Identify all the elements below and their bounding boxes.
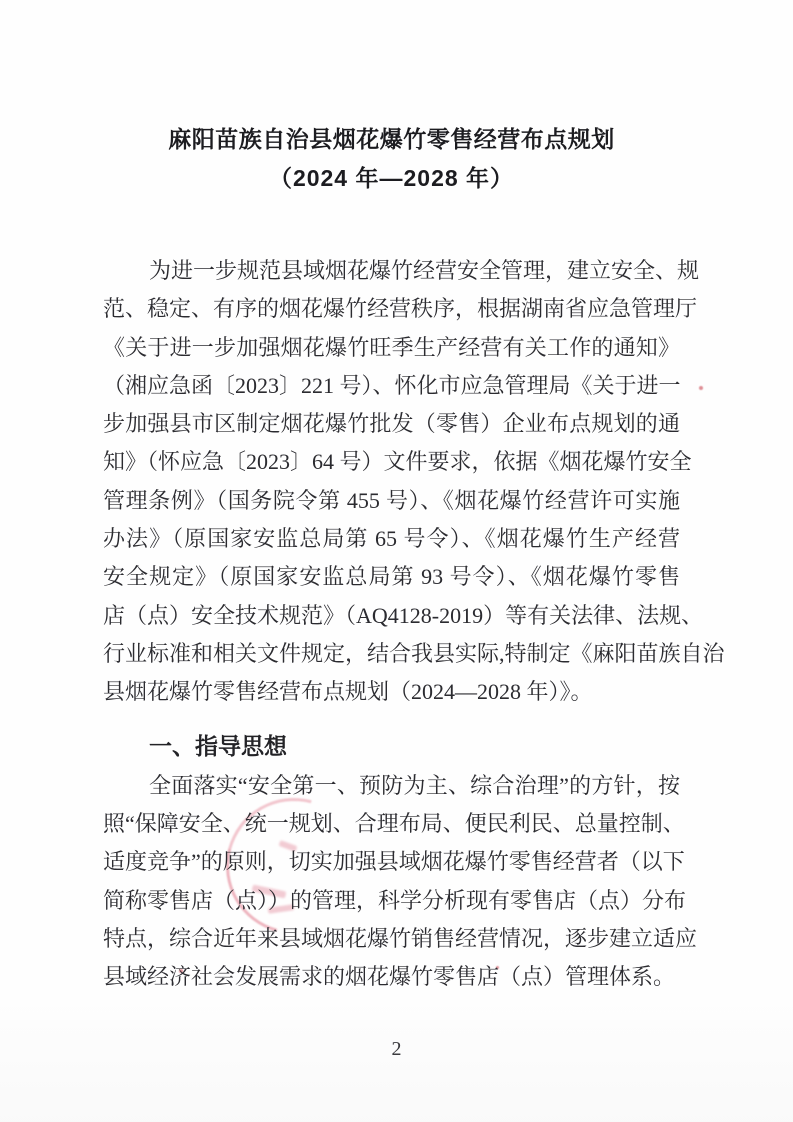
intro-line: 办法》（原国家安监总局第 65 号令）、《烟花爆竹生产经营	[103, 520, 680, 558]
section1-line: 县域经济社会发展需求的烟花爆竹零售店（点）管理体系。	[103, 958, 680, 996]
section1-line: 简称零售店（点））的管理，科学分析现有零售店（点）分布	[103, 882, 680, 920]
intro-line: 安全规定》（原国家安监总局第 93 号令）、《烟花爆竹零售	[103, 558, 680, 596]
section1-line: 照“保障安全、统一规划、合理布局、便民利民、总量控制、	[103, 805, 680, 843]
section1-line: 全面落实“安全第一、预防为主、综合治理”的方针，按	[103, 767, 680, 805]
intro-line: 店（点）安全技术规范》（AQ4128-2019）等有关法律、法规、	[103, 597, 680, 635]
document-page: 麻阳苗族自治县烟花爆竹零售经营布点规划 （2024 年—2028 年） 为进一步…	[0, 0, 793, 1122]
document-title-line2: （2024 年—2028 年）	[103, 158, 680, 198]
document-title-line1: 麻阳苗族自治县烟花爆竹零售经营布点规划	[103, 121, 680, 158]
intro-line: 行业标准和相关文件规定，结合我县实际,特制定《麻阳苗族自治	[103, 635, 680, 673]
intro-line: 步加强县市区制定烟花爆竹批发（零售）企业布点规划的通	[103, 405, 680, 443]
intro-line: （湘应急函〔2023〕221 号）、怀化市应急管理局《关于进一	[103, 367, 680, 405]
section1-line: 特点，综合近年来县域烟花爆竹销售经营情况，逐步建立适应	[103, 920, 680, 958]
page-number: 2	[0, 1038, 793, 1061]
intro-line: 《关于进一步加强烟花爆竹旺季生产经营有关工作的通知》	[103, 329, 680, 367]
document-title: 麻阳苗族自治县烟花爆竹零售经营布点规划 （2024 年—2028 年）	[103, 121, 680, 198]
scan-artifact	[699, 386, 703, 390]
intro-line: 范、稳定、有序的烟花爆竹经营秩序，根据湖南省应急管理厅	[103, 290, 680, 328]
intro-line: 管理条例》（国务院令第 455 号）、《烟花爆竹经营许可实施	[103, 482, 680, 520]
section-heading-guiding-ideology: 一、指导思想	[103, 727, 680, 765]
section1-line: 适度竞争”的原则，切实加强县域烟花爆竹零售经营者（以下	[103, 843, 680, 881]
intro-line: 为进一步规范县域烟花爆竹经营安全管理，建立安全、规	[103, 252, 680, 290]
document-body: 为进一步规范县域烟花爆竹经营安全管理，建立安全、规 范、稳定、有序的烟花爆竹经营…	[103, 252, 680, 997]
intro-line: 知》（怀应急〔2023〕64 号）文件要求，依据《烟花爆竹安全	[103, 443, 680, 481]
intro-line: 县烟花爆竹零售经营布点规划（2024—2028 年）》。	[103, 673, 680, 711]
